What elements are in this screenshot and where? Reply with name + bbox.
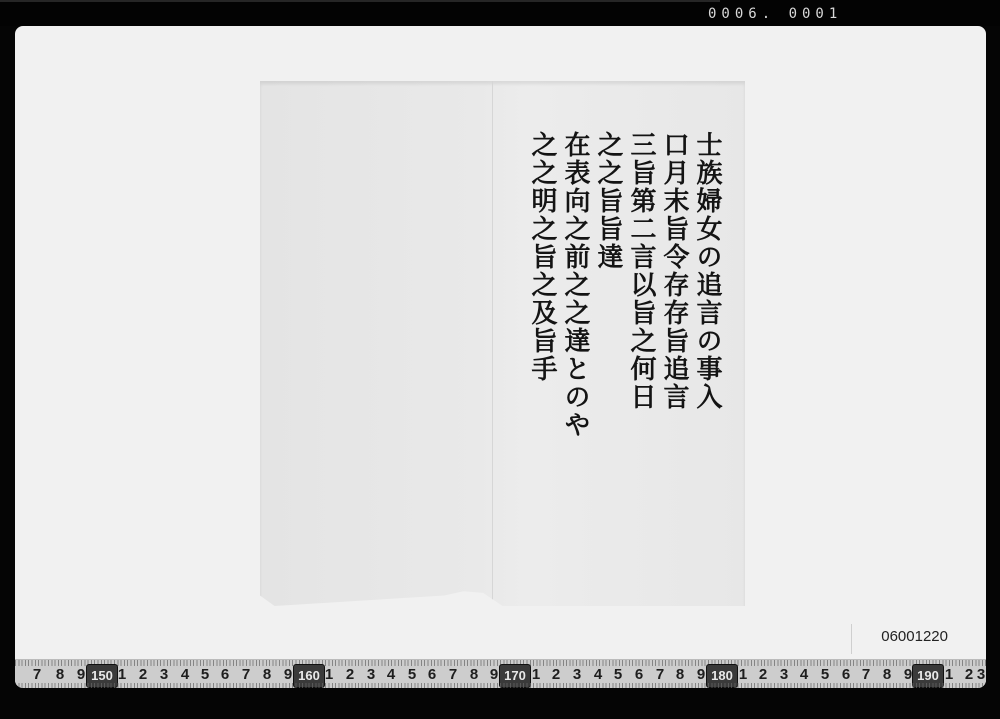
manuscript-sheet: 士族婦女の追言の事入 口月末旨令存存旨追言 三旨第二言以旨之何日 之之旨旨達 在… [260,81,745,606]
document-scan-area: 士族婦女の追言の事入 口月末旨令存存旨追言 三旨第二言以旨之何日 之之旨旨達 在… [15,26,986,688]
film-border: 0006. 0001 [0,0,1000,26]
ruler-ticks-bottom [15,683,986,688]
handwriting-line: 在表向之前之之達とのや [558,131,591,571]
handwriting-line: 三旨第二言以旨之何日 [624,131,657,571]
catalog-number: 06001220 [881,628,948,645]
measurement-ruler: 7891501234567891601234567891701234567891… [15,659,986,688]
film-edge-highlight [0,0,720,2]
handwriting-line: 士族婦女の追言の事入 [690,131,723,571]
catalog-divider [851,624,852,654]
handwriting-line: 口月末旨令存存旨追言 [657,131,690,571]
handwriting-line: 之之旨旨達 [591,131,624,571]
paper-fold-line [492,81,493,606]
frame-number: 0006. 0001 [708,6,842,22]
handwritten-text: 士族婦女の追言の事入 口月末旨令存存旨追言 三旨第二言以旨之何日 之之旨旨達 在… [525,131,723,571]
handwriting-line: 之之明之旨之及旨手 [525,131,558,571]
